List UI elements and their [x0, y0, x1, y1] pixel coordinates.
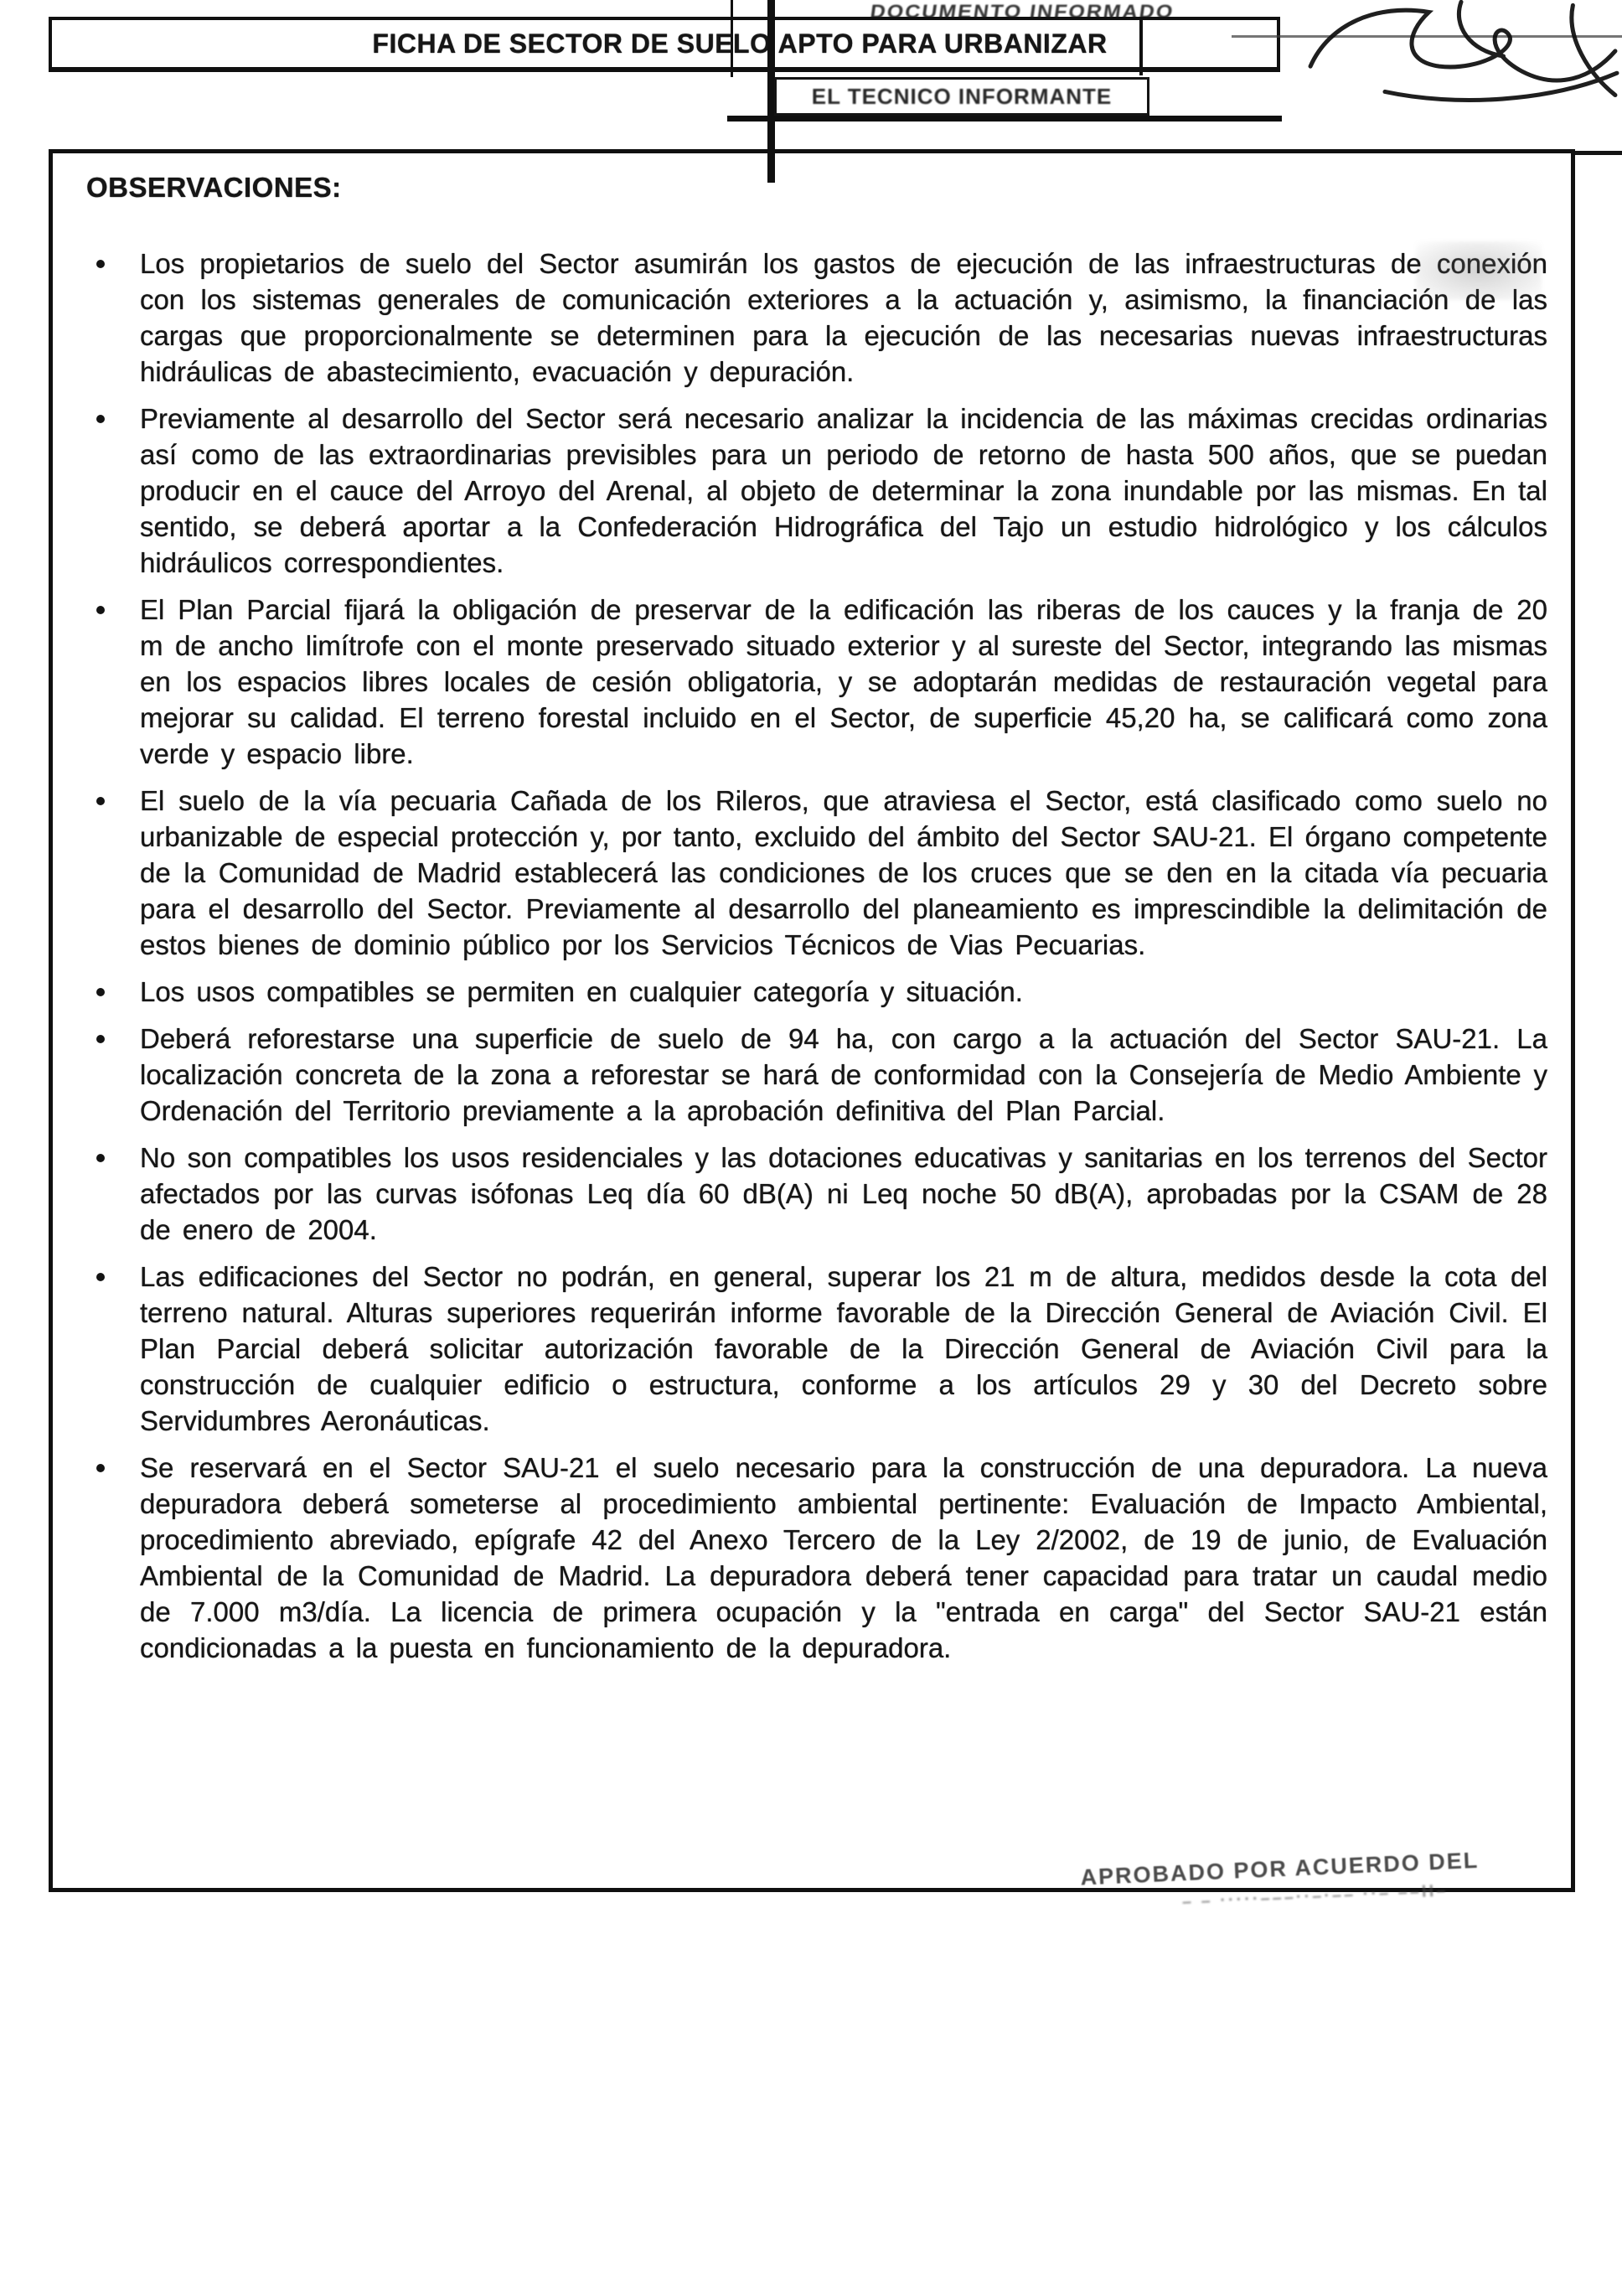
observation-text: Los usos compatibles se permiten en cual… — [140, 976, 1023, 1007]
observation-item: El Plan Parcial fijará la obligación de … — [86, 592, 1547, 772]
table-rule-vertical-thin — [731, 0, 733, 77]
observation-text: El Plan Parcial fijará la obligación de … — [140, 594, 1547, 769]
table-rule-horizontal-right — [1573, 151, 1622, 155]
page-title: FICHA DE SECTOR DE SUELO APTO PARA URBAN… — [372, 28, 1107, 59]
table-rule-vertical-title — [1139, 17, 1143, 75]
bullet-icon — [96, 1035, 105, 1043]
observation-item: Los propietarios de suelo del Sector asu… — [86, 246, 1547, 390]
observation-text: El suelo de la vía pecuaria Cañada de lo… — [140, 785, 1547, 960]
observation-text: Previamente al desarrollo del Sector ser… — [140, 403, 1547, 578]
bullet-icon — [96, 606, 105, 614]
technician-label: EL TECNICO INFORMANTE — [812, 84, 1113, 110]
bullet-icon — [96, 1464, 105, 1472]
observation-item: El suelo de la vía pecuaria Cañada de lo… — [86, 783, 1547, 963]
observation-text: No son compatibles los usos residenciale… — [140, 1142, 1547, 1245]
scanned-document-page: DOCUMENTO INFORMADO FICHA DE SECTOR DE S… — [0, 0, 1622, 2296]
bullet-icon — [96, 415, 105, 423]
observation-item: No son compatibles los usos residenciale… — [86, 1140, 1547, 1248]
observation-item: Los usos compatibles se permiten en cual… — [86, 974, 1547, 1010]
bullet-icon — [96, 797, 105, 805]
observation-text: Las edificaciones del Sector no podrán, … — [140, 1261, 1547, 1436]
scan-smudge — [1416, 241, 1542, 300]
title-box: FICHA DE SECTOR DE SUELO APTO PARA URBAN… — [49, 17, 1280, 72]
observation-item: Previamente al desarrollo del Sector ser… — [86, 401, 1547, 581]
bullet-icon — [96, 260, 105, 268]
signature-scribble-icon — [1304, 0, 1622, 111]
technician-box: EL TECNICO INFORMANTE — [774, 77, 1149, 116]
observation-text: Se reservará en el Sector SAU-21 el suel… — [140, 1452, 1547, 1663]
observation-item: Deberá reforestarse una superficie de su… — [86, 1021, 1547, 1129]
observations-heading: OBSERVACIONES: — [86, 172, 1547, 204]
observation-item: Las edificaciones del Sector no podrán, … — [86, 1259, 1547, 1439]
observation-item: Se reservará en el Sector SAU-21 el suel… — [86, 1450, 1547, 1666]
bullet-icon — [96, 1154, 105, 1162]
observation-text: Los propietarios de suelo del Sector asu… — [140, 248, 1547, 387]
bullet-icon — [96, 988, 105, 996]
technician-underline — [727, 116, 1282, 122]
bullet-icon — [96, 1273, 105, 1281]
observation-text: Deberá reforestarse una superficie de su… — [140, 1023, 1547, 1126]
observations-list: Los propietarios de suelo del Sector asu… — [86, 246, 1547, 1666]
observations-box: OBSERVACIONES: Los propietarios de suelo… — [49, 149, 1575, 1892]
